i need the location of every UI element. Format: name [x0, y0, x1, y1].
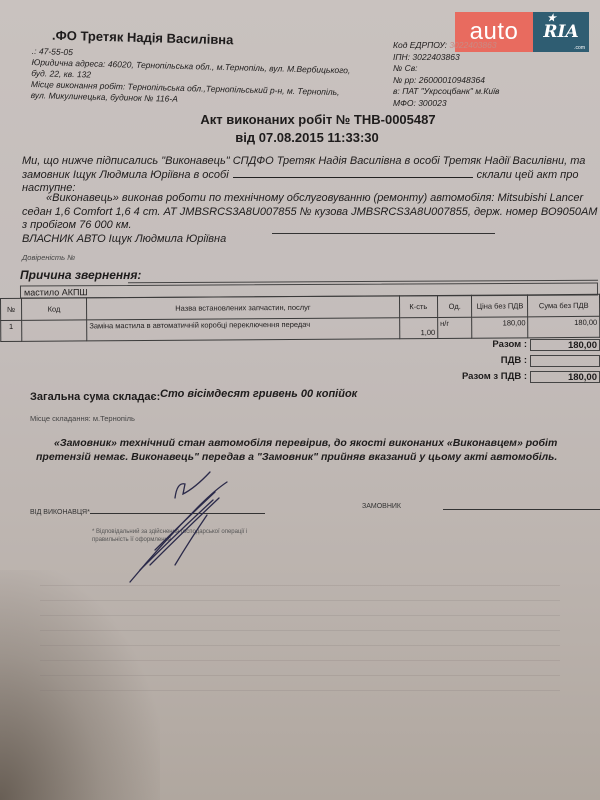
- col-price: Ціна без ПДВ: [472, 295, 528, 317]
- mfo-row: МФО: 300023: [393, 98, 499, 110]
- edrpou-row: Код ЕДРПОУ: 3022403863: [393, 40, 499, 52]
- col-sum: Сума без ПДВ: [528, 294, 600, 316]
- act-title: Акт виконаних робіт № ТНВ-0005487: [0, 112, 600, 127]
- cell-price: 180,00: [472, 317, 528, 338]
- bank-name: ПАТ "Укрсоцбанк" м.Київ: [402, 86, 499, 96]
- totals-block: Разом : 180,00 ПДВ : Разом з ПДВ : 180,0…: [400, 337, 600, 385]
- ipn-value: 3022403863: [412, 52, 459, 62]
- col-qty: К-сть: [399, 295, 438, 317]
- executor-signature-label: ВІД ВИКОНАВЦЯ*: [30, 509, 90, 516]
- bleed-through-text: [40, 585, 560, 705]
- vat-value: [530, 355, 600, 367]
- work-description: «Виконавець» виконав роботи по технічном…: [22, 192, 597, 231]
- customer-signature-line: [443, 509, 600, 510]
- cell-sum: 180,00: [528, 316, 600, 337]
- subtotal-row: Разом : 180,00: [400, 337, 600, 352]
- col-code: Код: [21, 298, 87, 320]
- handwritten-signature-icon: [115, 470, 245, 585]
- power-of-attorney-label: Довіреність №: [22, 253, 75, 262]
- cell-code: [21, 320, 87, 341]
- total-sum-label: Загальна сума складає:: [30, 391, 160, 403]
- vehicle-owner: ВЛАСНИК АВТО Іщук Людмила Юріївна: [22, 233, 226, 245]
- rr-value: 26000010948364: [419, 75, 485, 85]
- company-details: .: 47-55-05 Юридична адреса: 46020, Терн…: [31, 46, 392, 110]
- rr-row: № рр: 26000010948364: [393, 75, 499, 87]
- star-icon: ★: [547, 13, 556, 24]
- owner-signature-line: [272, 233, 495, 234]
- cell-no: 1: [1, 320, 22, 341]
- bank-details: Код ЕДРПОУ: 3022403863 ІПН: 3022403863 №…: [393, 40, 499, 109]
- logo-ria: ★ RIA .com: [533, 12, 589, 52]
- col-name: Назва встановлених запчастин, послуг: [87, 296, 400, 320]
- logo-ria-suffix: .com: [574, 45, 585, 51]
- col-no: №: [1, 298, 22, 320]
- reason-heading: Причина звернення:: [20, 268, 141, 282]
- sv-row: № Св:: [393, 63, 499, 75]
- cell-unit: н/г: [438, 317, 473, 338]
- edrpou-value: 3022403863: [449, 40, 496, 50]
- col-unit: Од.: [437, 295, 472, 317]
- work-paragraph: «Виконавець» виконав роботи по технічном…: [22, 192, 600, 246]
- items-table: № Код Назва встановлених запчастин, посл…: [0, 294, 600, 342]
- total-value: 180,00: [530, 371, 600, 383]
- place-of-drafting: Місце складання: м.Тернопіль: [30, 414, 135, 423]
- company-name: .ФО Третяк Надія Василівна: [52, 28, 234, 48]
- cell-qty: 1,00: [399, 317, 438, 338]
- vat-row: ПДВ :: [400, 353, 600, 368]
- ipn-row: ІПН: 3022403863: [393, 52, 499, 64]
- customer-signature-label: ЗАМОВНИК: [362, 503, 401, 510]
- subtotal-value: 180,00: [530, 339, 600, 351]
- act-date: від 07.08.2015 11:33:30: [0, 130, 600, 145]
- mfo-value: 300023: [418, 98, 446, 108]
- logo-ria-text: RIA: [543, 22, 578, 42]
- intro-paragraph: Ми, що нижче підписались "Виконавець" СП…: [22, 155, 592, 196]
- bank-row: в: ПАТ "Укрсоцбанк" м.Київ: [393, 86, 499, 98]
- total-row: Разом з ПДВ : 180,00: [400, 369, 600, 384]
- cell-name: Заміна мастила в автоматичній коробці пе…: [87, 318, 400, 341]
- total-sum-words: Сто вісімдесят гривень 00 копійок: [160, 388, 357, 400]
- acceptance-paragraph: «Замовник» технічний стан автомобіля пер…: [36, 436, 600, 464]
- representative-blank: [233, 169, 473, 178]
